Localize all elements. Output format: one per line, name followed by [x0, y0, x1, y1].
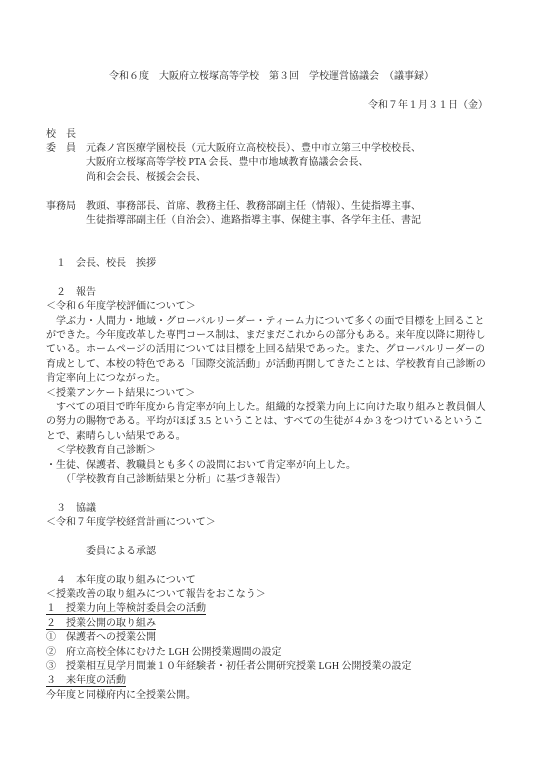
- blank-line: [46, 487, 512, 501]
- committee-members-line-2: 大阪府立桜塚高等学校 PTA 会長、豊中市地域教育協議会会長、: [46, 156, 512, 170]
- numbered-item-1: ① 保護者への授業公開: [46, 631, 512, 645]
- blank-line: [46, 531, 512, 545]
- approval-line: 委員による承認: [46, 545, 512, 559]
- blank-line: [46, 559, 512, 573]
- note-line: （「学校教育自己診断結果と分析」に基づき報告）: [46, 473, 512, 487]
- blank-line: [46, 243, 512, 257]
- committee-members-line-1: 委 員 元森ノ宮医療学園校長（元大阪府立高校校長）、豊中市立第三中学校校長、: [46, 142, 512, 156]
- paragraph-line: ができた。今年度改革した専門コース制は、まだまだこれからの部分もある。来年度以降…: [46, 329, 512, 343]
- doc-date: 令和７年１月３１日（金）: [46, 99, 512, 113]
- paragraph-line: すべての項目で昨年度から肯定率が向上した。組織的な授業力向上に向けた取り組みと教…: [46, 401, 512, 415]
- document-body: 令和６度 大阪府立桜塚高等学校 第３回 学校運営協議会 （議事録） 令和７年１月…: [46, 70, 512, 703]
- doc-title: 令和６度 大阪府立桜塚高等学校 第３回 学校運営協議会 （議事録）: [0, 70, 543, 84]
- paragraph-line: の努力の賜物である。平均がほぼ 3.5 ということは、すべての生徒が４か３をつけ…: [46, 415, 512, 429]
- secretariat-line-2: 生徒指導部副主任（自治会）、進路指導主事、保健主事、各学年主任、書記: [46, 214, 512, 228]
- bullet-line: ・生徒、保護者、教職員とも多くの設問において肯定率が向上した。: [46, 459, 512, 473]
- blank-line: [46, 84, 512, 98]
- agenda-item-4: ４ 本年度の取り組みについて: [46, 574, 512, 588]
- section-heading-management-plan: ＜令和７年度学校経営計画について＞: [46, 516, 512, 530]
- paragraph-line: 学ぶ力・人間力・地域・グローバルリーダー・ティーム力について多くの面で目標を上回…: [46, 315, 512, 329]
- paragraph-line: とで、素晴らしい結果である。: [46, 430, 512, 444]
- section-heading-class-survey: ＜授業アンケート結果について＞: [46, 387, 512, 401]
- underlined-heading-committee-activity: １ 授業力向上等検討委員会の活動: [46, 602, 512, 616]
- underlined-heading-next-year: ３ 来年度の活動: [46, 674, 512, 688]
- section-heading-self-diagnosis: ＜学校教育自己診断＞: [46, 444, 512, 458]
- blank-line: [46, 113, 512, 127]
- section-heading-class-improvement: ＜授業改善の取り組みについて報告をおこなう＞: [46, 588, 512, 602]
- numbered-item-2: ② 府立高校全体にむけた LGH 公開授業週間の設定: [46, 646, 512, 660]
- closing-line: 今年度と同様府内に全授業公開。: [46, 689, 512, 703]
- blank-line: [46, 271, 512, 285]
- role-principal-line: 校 長: [46, 128, 512, 142]
- agenda-item-1: １ 会長、校長 挨拶: [46, 257, 512, 271]
- underlined-heading-open-class: ２ 授業公開の取り組み: [46, 617, 512, 631]
- section-heading-school-evaluation: ＜令和６年度学校評価について＞: [46, 300, 512, 314]
- blank-line: [46, 185, 512, 199]
- secretariat-line-1: 事務局 教頭、事務部長、首席、教務主任、教務部副主任（情報）、生徒指導主事、: [46, 200, 512, 214]
- agenda-item-2: ２ 報告: [46, 286, 512, 300]
- paragraph-line: 育成として、本校の特色である「国際交流活動」が活動再開してきたことは、学校教育自…: [46, 358, 512, 372]
- blank-line: [46, 228, 512, 242]
- numbered-item-3: ③ 授業相互見学月間兼１０年経験者・初任者公開研究授業 LGH 公開授業の設定: [46, 660, 512, 674]
- agenda-item-3: ３ 協議: [46, 502, 512, 516]
- paragraph-line: ている。ホームページの活用については目標を上回る結果であった。また、グローバルリ…: [46, 343, 512, 357]
- document-page: 令和６度 大阪府立桜塚高等学校 第３回 学校運営協議会 （議事録） 令和７年１月…: [0, 0, 543, 768]
- committee-members-line-3: 尚和会会長、桜援会会長、: [46, 171, 512, 185]
- paragraph-line: 肯定率向上につながった。: [46, 372, 512, 386]
